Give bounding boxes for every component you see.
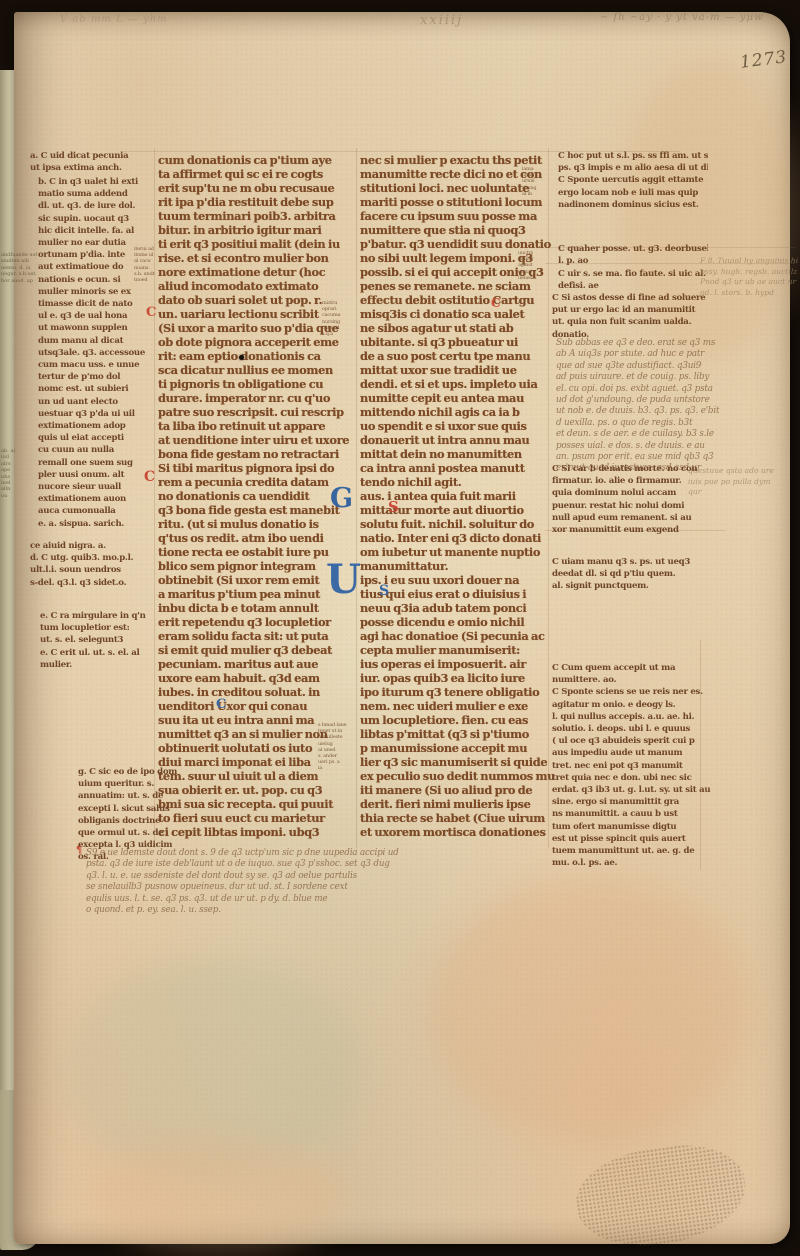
text-line: to fieri suu euct cu marietur: [158, 811, 356, 825]
text-line: deedat dl. si qd p'tiu quem.: [552, 568, 707, 580]
right-gloss-7: C uiam manu q3 s. ps. ut ueq3deedat dl. …: [552, 556, 707, 593]
facing-page-showthrough-text: ab. aiuidalrsapeuhsinelallnuu: [1, 448, 31, 499]
text-line: b. C in q3 ualet hi exti: [38, 176, 154, 188]
text-line: effectu debit ostitutio Cartgu: [360, 293, 554, 307]
text-line: d uexilla. ps. o quo de regis. b3t: [556, 418, 796, 429]
text-line: sua obierit er. ut. pop. cu q3: [158, 783, 356, 797]
text-line: C Cum quem accepit ut ma: [552, 662, 722, 674]
text-line: patre suo rescripsit. cui rescrip: [158, 405, 356, 419]
text-line: s-del. q3.l. q3 sidet.o.: [30, 577, 152, 589]
left-gloss-d: e. C ra mirgulare in q'ntum locupletior …: [40, 610, 154, 671]
text-line: mu. o.l. ps. ae.: [552, 857, 722, 869]
text-line: auca cumonualla: [38, 505, 154, 517]
text-line: C Sponte uercutis aggit ettamte: [558, 174, 708, 186]
right-gloss-3: C uir s. se ma. fio faute. si uic al.def…: [558, 268, 708, 292]
text-line: extimationem adop: [38, 420, 154, 432]
text-line: numittere que stia ni quoq3: [360, 223, 554, 237]
text-line: uium queritur. s.: [78, 778, 178, 790]
text-line: aliud incomodato extimato: [158, 279, 356, 293]
text-line: ut nob e. de duuis. b3. q3. ps. q3. e'bi…: [556, 406, 796, 417]
text-line: rem a pecunia credita datam: [158, 475, 356, 489]
text-line: derit. fieri nimi mulieris ipse: [360, 797, 554, 811]
text-line: p'batur. q3 uendidit suu donatio: [360, 237, 554, 251]
text-line: mariti posse o stitutioni locum: [360, 195, 554, 209]
text-line: mulier.: [40, 659, 154, 671]
initial-letter-s-small: S: [379, 584, 389, 598]
text-line: nomc est. ut subieri: [38, 383, 154, 395]
text-line: C Si car b denatis morte. no con: [552, 463, 712, 475]
text-line: rise. et si econtro mulier bon: [158, 251, 356, 265]
text-line: uened: [518, 275, 550, 281]
gutter-tiny-note: iterui aditome ulal cacunuans.s.b. undrt…: [134, 246, 170, 283]
rubric-capitulum-mark: C: [491, 297, 501, 309]
text-line: ut mawonn supplen: [38, 322, 154, 334]
text-line: annuatim: ut. s. de: [78, 790, 178, 802]
text-line: nucore sieur uuall: [38, 481, 154, 493]
text-line: ci cepit libtas imponi. ubq3: [158, 825, 356, 839]
left-gloss-b: b. C in q3 ualet hi extimatio suma adden…: [38, 176, 154, 530]
text-line: libtas p'mittat (q3 si p'tiumo: [360, 727, 554, 741]
text-line: obliganis doctrine: [78, 815, 178, 827]
text-line: um locupletiore. fien. cu eas: [360, 713, 554, 727]
text-line: at uenditione inter uiru et uxore: [158, 433, 356, 447]
text-line: uestuar q3 p'da ui uil: [38, 408, 154, 420]
text-line: pssy. hugh. regsb. auctilz: [700, 267, 798, 278]
text-line: uxore eam habuit. q3d eam: [158, 671, 356, 685]
intercolumn-tiny-note: uuctrsmulieraginstusrupuened: [518, 250, 550, 281]
text-line: utsq3ale. q3. accessoue: [38, 347, 154, 359]
top-scribble: ~ ſh ~ay · y yt va-m — yµw: [600, 12, 764, 23]
initial-letter-S-red: S: [388, 500, 399, 515]
text-line: puenur. restat hic nolui domi: [552, 500, 712, 512]
text-line: est ut pisse spincit quis auert: [552, 833, 722, 845]
manuscript-photo: { "page": { "folio_number": "1273", "qui…: [0, 0, 800, 1256]
left-gloss-a: a. C uid dicat pecuniaut ipsa extima anc…: [30, 150, 150, 174]
text-line: tertur de p'mo dol: [38, 371, 154, 383]
text-line: Si tibi maritus pignora ipsi do: [158, 461, 356, 475]
text-line: dendi. et si et ups. impleto uia: [360, 377, 554, 391]
text-line: bmi sua sic recepta. qui puuit: [158, 797, 356, 811]
text-line: solutio. i. deops. ubi l. e quuus: [552, 723, 722, 735]
text-line: nadinonem dominus sicius est.: [558, 199, 708, 211]
text-line: el. cu opi. doi ps. exbt aguet. q3 psta: [556, 384, 796, 395]
text-line: thia recte se habet (Ciue uirum: [360, 811, 554, 825]
text-line: put ur ergo lac id an manumitit: [552, 304, 712, 316]
text-line: tuum terminari poib3. arbitra: [158, 209, 356, 223]
text-line: que ormul ut. s. de: [78, 827, 178, 839]
facing-page-showthrough-text: abdfuande usfsmilten albuensu. d. iauogu…: [1, 252, 49, 284]
text-line: l. qui nullus accepis. a.u. ae. hi.: [552, 711, 722, 723]
quire-mark: xxiiij: [420, 13, 463, 28]
text-line: posse dicendu e omio nichil: [360, 615, 554, 629]
text-line: ( ul oce q3 abuideis sperit cui p: [552, 735, 722, 747]
right-gloss-6: C Si car b denatis morte. no confirmatur…: [552, 463, 712, 536]
text-line: e. a. sispua. sarich.: [38, 518, 154, 530]
text-line: posses uial. e dos. s. de duuis. e au: [556, 441, 796, 452]
text-line: ult.l.i. soun uendros: [30, 564, 152, 576]
text-line: timasse dicit de nato: [38, 298, 154, 310]
text-line: s.q.a: [322, 331, 360, 337]
text-line: l. p. ao: [558, 255, 708, 267]
initial-letter-U: U: [326, 560, 361, 600]
bottom-note: S9 e ue ldemste dout dont s. 9 de q3 uct…: [86, 848, 432, 916]
left-gloss-c: ce aiuid nigra. a.d. C utg. quib3. mo.p.…: [30, 540, 152, 589]
text-line: al. signit punctquem.: [552, 580, 707, 592]
right-gloss-cursive: Sub abbas ee q3 e deo. erat se q3 msab A…: [556, 338, 796, 475]
text-line: natio. Inter eni q3 dicto donati: [360, 531, 554, 545]
text-line: o quond. et p. ey. sea. l. u. ssep.: [86, 905, 432, 916]
right-gloss-8: C Cum quem accepit ut manumittere. ao.C …: [552, 662, 722, 869]
text-line: si emit quid mulier q3 debeat: [158, 643, 356, 657]
text-line: null apud eum remanent. si au: [552, 512, 712, 524]
text-line: de a suo post certu tpe manu: [360, 349, 554, 363]
text-line: facere cu ipsum suu posse ma: [360, 209, 554, 223]
top-scribble: V ab mm L — yhm: [60, 14, 168, 25]
text-line: nem. nec uideri mulier e exe: [360, 699, 554, 713]
text-line: durare. imperator nr. cu q'uo: [158, 391, 356, 405]
text-line: ne sibos agatur ut stati ab: [360, 321, 554, 335]
text-line: C uiam manu q3 s. ps. ut ueq3: [552, 556, 707, 568]
text-line: agi hac donatioe (Si pecunia ac: [360, 629, 554, 643]
text-line: inbu dicta b e totam annult: [158, 601, 356, 615]
text-line: dl. ut. q3. de iure dol.: [38, 200, 154, 212]
text-line: mittat dein no manumitten: [360, 447, 554, 461]
text-line: e. C ra mirgulare in q'n: [40, 610, 154, 622]
text-line: C uir s. se ma. fio faute. si uic al.: [558, 268, 708, 280]
text-line: manumittatur.: [360, 559, 554, 573]
parchment-hole: [239, 355, 244, 360]
text-line: que ad sue q3te adustifiact. q3ui9: [556, 361, 796, 372]
text-line: ut. quia non fuit scanim ualda.: [552, 316, 712, 328]
text-line: e. C erit ul. ut. s. el. al: [40, 647, 154, 659]
text-line: ut. s. el. selegunt3: [40, 634, 154, 646]
text-line: ns manumittit. a cauu b ust: [552, 808, 722, 820]
text-line: lier q3 sic manumiserit si quide: [360, 755, 554, 769]
text-line: nec si mulier p exactu ths petit: [360, 153, 554, 167]
text-line: C Sponte sciens se ue reis ner es.: [552, 686, 722, 698]
text-line: cu cuun au nulla: [38, 444, 154, 456]
text-line: tum ofert manumisse digtu: [552, 821, 722, 833]
text-line: un ud uant electo: [38, 396, 154, 408]
text-line: F 8. Tuuial hy anguinis hirr: [700, 256, 798, 267]
text-line: misq3is ci donatio sca ualet: [360, 307, 554, 321]
text-line: donauerit ut intra annu mau: [360, 433, 554, 447]
text-line: excepti l. sicut salus: [78, 803, 178, 815]
text-line: om iubetur ut manente nuptio: [360, 545, 554, 559]
text-line: ta affirmet qui sc ei re cogts: [158, 167, 356, 181]
text-line: defisi. ae: [558, 280, 708, 292]
text-line: ex peculio suo dedit nummos mu: [360, 769, 554, 783]
text-line: iubes. in creditou soluat. in: [158, 685, 356, 699]
text-line: xor manumittit eum exgend: [552, 524, 712, 536]
text-line: hic dicit intelle. fa. al: [38, 225, 154, 237]
text-line: numittere. ao.: [552, 674, 722, 686]
text-line: d. C utg. quib3. mo.p.l.: [30, 552, 152, 564]
blue-capitulum-mark: C: [216, 698, 226, 711]
text-line: remall one suem sug: [38, 457, 154, 469]
text-line: ab A uiq3s por stute. ad huc e patr: [556, 349, 796, 360]
text-line: firmatur. io. alie o firmamur.: [552, 475, 712, 487]
text-line: ca intra anni postea manutt: [360, 461, 554, 475]
gutter-tiny-note: s bmad lanetenet ut inb mullesteuielugal…: [318, 722, 362, 772]
text-line: ce aiuid nigra. a.: [30, 540, 152, 552]
text-line: numitte cepit eu antea mau: [360, 391, 554, 405]
text-line: eram solidu facta sit: ut puta: [158, 629, 356, 643]
text-line: tnoed: [134, 277, 170, 283]
text-line: equlis uus. l. t. se. q3 ps. q3. ut de u…: [86, 894, 432, 905]
text-line: quia dominum nolui accam: [552, 487, 712, 499]
text-line: penes se remanete. ne sciam: [360, 279, 554, 293]
text-line: ritu. (ut si mulus donatio is: [158, 517, 356, 531]
text-line: cum macu uss. e unue: [38, 359, 154, 371]
text-line: uenditori Uxor qui conau: [158, 699, 356, 713]
text-line: p manumissione accepit mu: [360, 741, 554, 755]
text-line: Pnod q3 ur ub ae auct ur: [700, 277, 798, 288]
text-line: ubitante. si q3 pbueatur ui: [360, 335, 554, 349]
text-line: rit ipa p'dia restituit debe sup: [158, 195, 356, 209]
text-line: erit sup'tu ne m obu recusaue: [158, 181, 356, 195]
text-line: ia: [318, 765, 362, 771]
text-line: agitatur m onio. e deogy ls.: [552, 699, 722, 711]
text-line: mittendo nichil agis ca ia b: [360, 405, 554, 419]
text-line: extimationem auon: [38, 493, 154, 505]
text-line: no donationis ca uendidit: [158, 489, 356, 503]
text-line: matio suma addend: [38, 188, 154, 200]
text-line: ius operas ei imposuerit. air: [360, 657, 554, 671]
text-line: tendo nichil agit.: [360, 475, 554, 489]
text-line: tum locupletior est:: [40, 622, 154, 634]
text-line: S9 e ue ldemste dout dont s. 9 de q3 uct…: [86, 848, 432, 859]
text-line: et uxorem mortisca donationes: [360, 825, 554, 839]
text-line: sine. ergo si manumittit gra: [552, 796, 722, 808]
text-line: ipo iturum q3 tenere obligatio: [360, 685, 554, 699]
text-line: iur. opas quib3 ea licito iure: [360, 671, 554, 685]
text-line: psta. q3 de iure iste deb'launt ut o de …: [86, 859, 432, 870]
text-line: quis ul eiat accepti: [38, 432, 154, 444]
text-line: C quaher posse. ut. g3. deorbusel: [558, 243, 708, 255]
text-line: ergo locam nob e iuli mas quip: [558, 187, 708, 199]
text-line: tret quia nec e don. ubi nec sic: [552, 772, 722, 784]
text-line: mittat uxor sue tradidit ue: [360, 363, 554, 377]
text-line: ta liba ibo retinuit ut appare: [158, 419, 356, 433]
text-line: g. C sic eo de ipo dom: [78, 766, 178, 778]
text-line: et deun. s de aer. e de cuilasy. b3 s.le: [556, 429, 796, 440]
text-line: pecuniam. maritus aut aue: [158, 657, 356, 671]
text-line: pler uusi onum. alt: [38, 469, 154, 481]
text-line: Sub abbas ee q3 e deo. erat se q3 ms: [556, 338, 796, 349]
text-line: bor auod. ap: [1, 278, 49, 284]
text-line: al ib: [522, 191, 552, 197]
text-line: ul e. q3 de ual hona: [38, 310, 154, 322]
text-line: nore extimatione detur (hoc: [158, 265, 356, 279]
right-gloss-faint-addition: F 8. Tuuial hy anguinis hirrpssy. hugh. …: [700, 256, 798, 298]
text-line: erdat. q3 ib3 ut. g. l.ut. sy. ut sit au: [552, 784, 722, 796]
text-line: iti manere (Si uo aliud pro de: [360, 783, 554, 797]
text-line: bitur. in arbitrio igitur mari: [158, 223, 356, 237]
text-line: C hoc put ut s.l. ps. ss ffi am. ut s.: [558, 150, 708, 162]
text-line: dum manu al dicat: [38, 335, 154, 347]
right-gloss-1: C hoc put ut s.l. ps. ss ffi am. ut s.ps…: [558, 150, 708, 211]
text-line: ti pignoris tn obligatione cu: [158, 377, 356, 391]
text-line: neuu q3ia adub tatem ponci: [360, 601, 554, 615]
text-line: bona fide gestam no retractari: [158, 447, 356, 461]
text-line: ps. q3 impis e m alio aesa di ut dic.: [558, 162, 708, 174]
text-line: cum donationis ca p'tium aye: [158, 153, 356, 167]
text-line: q'tus os redit. atm ibo uendi: [158, 531, 356, 545]
text-line: q3. l. u. e. ue ssdeniste del dont dout …: [86, 871, 432, 882]
text-line: q3 bona fide gesta est manebit: [158, 503, 356, 517]
text-line: se snelauilb3 pusnow opueineus. dur ut u…: [86, 882, 432, 893]
text-line: ut ipsa extima anch.: [30, 162, 150, 174]
text-line: sca dicatur nullius ee momen: [158, 363, 356, 377]
text-line: ti erit q3 positiui malit (dein iu: [158, 237, 356, 251]
text-line: tuem manumittunt ut. ae. g. de: [552, 845, 722, 857]
text-line: tret. nec eni pot q3 manumit: [552, 760, 722, 772]
text-line: ad puis uiraure. et de couig. ps. liby: [556, 372, 796, 383]
text-line: aus impediu aude ut manum: [552, 747, 722, 759]
right-gloss-4: C Si astos desse di fine ad soluereput u…: [552, 292, 712, 341]
text-line: an. psum por erit. ea sue mid qb3 q3: [556, 452, 796, 463]
right-gloss-2: C quaher posse. ut. g3. deorbusell. p. a…: [558, 243, 708, 267]
initial-letter-G: G: [330, 485, 353, 512]
text-line: cepta mulier manumiserit:: [360, 643, 554, 657]
text-line: sic supin. uocaut q3: [38, 213, 154, 225]
text-line: a. C uid dicat pecunia: [30, 150, 150, 162]
text-line: erit repetendu q3 locupletior: [158, 615, 356, 629]
text-line: uo spendit e si uxor sue quis: [360, 419, 554, 433]
text-line: ud dot g'undoung. de puda untstore: [556, 395, 796, 406]
gutter-tiny-note: mistruopraricacumanursingchimeds.q.a: [322, 300, 360, 337]
text-line: solutu fuit. nichil. soluitur do: [360, 517, 554, 531]
text-line: mulier minoris se ex: [38, 286, 154, 298]
text-line: uu: [1, 493, 31, 499]
text-line: od. l. stors. b. hypd: [700, 288, 798, 299]
intercolumn-tiny-note: lamafamrurmilsbungal ib: [522, 166, 552, 197]
text-line: rit: eam eptio donationis ca: [158, 349, 356, 363]
text-line: C Si astos desse di fine ad soluere: [552, 292, 712, 304]
